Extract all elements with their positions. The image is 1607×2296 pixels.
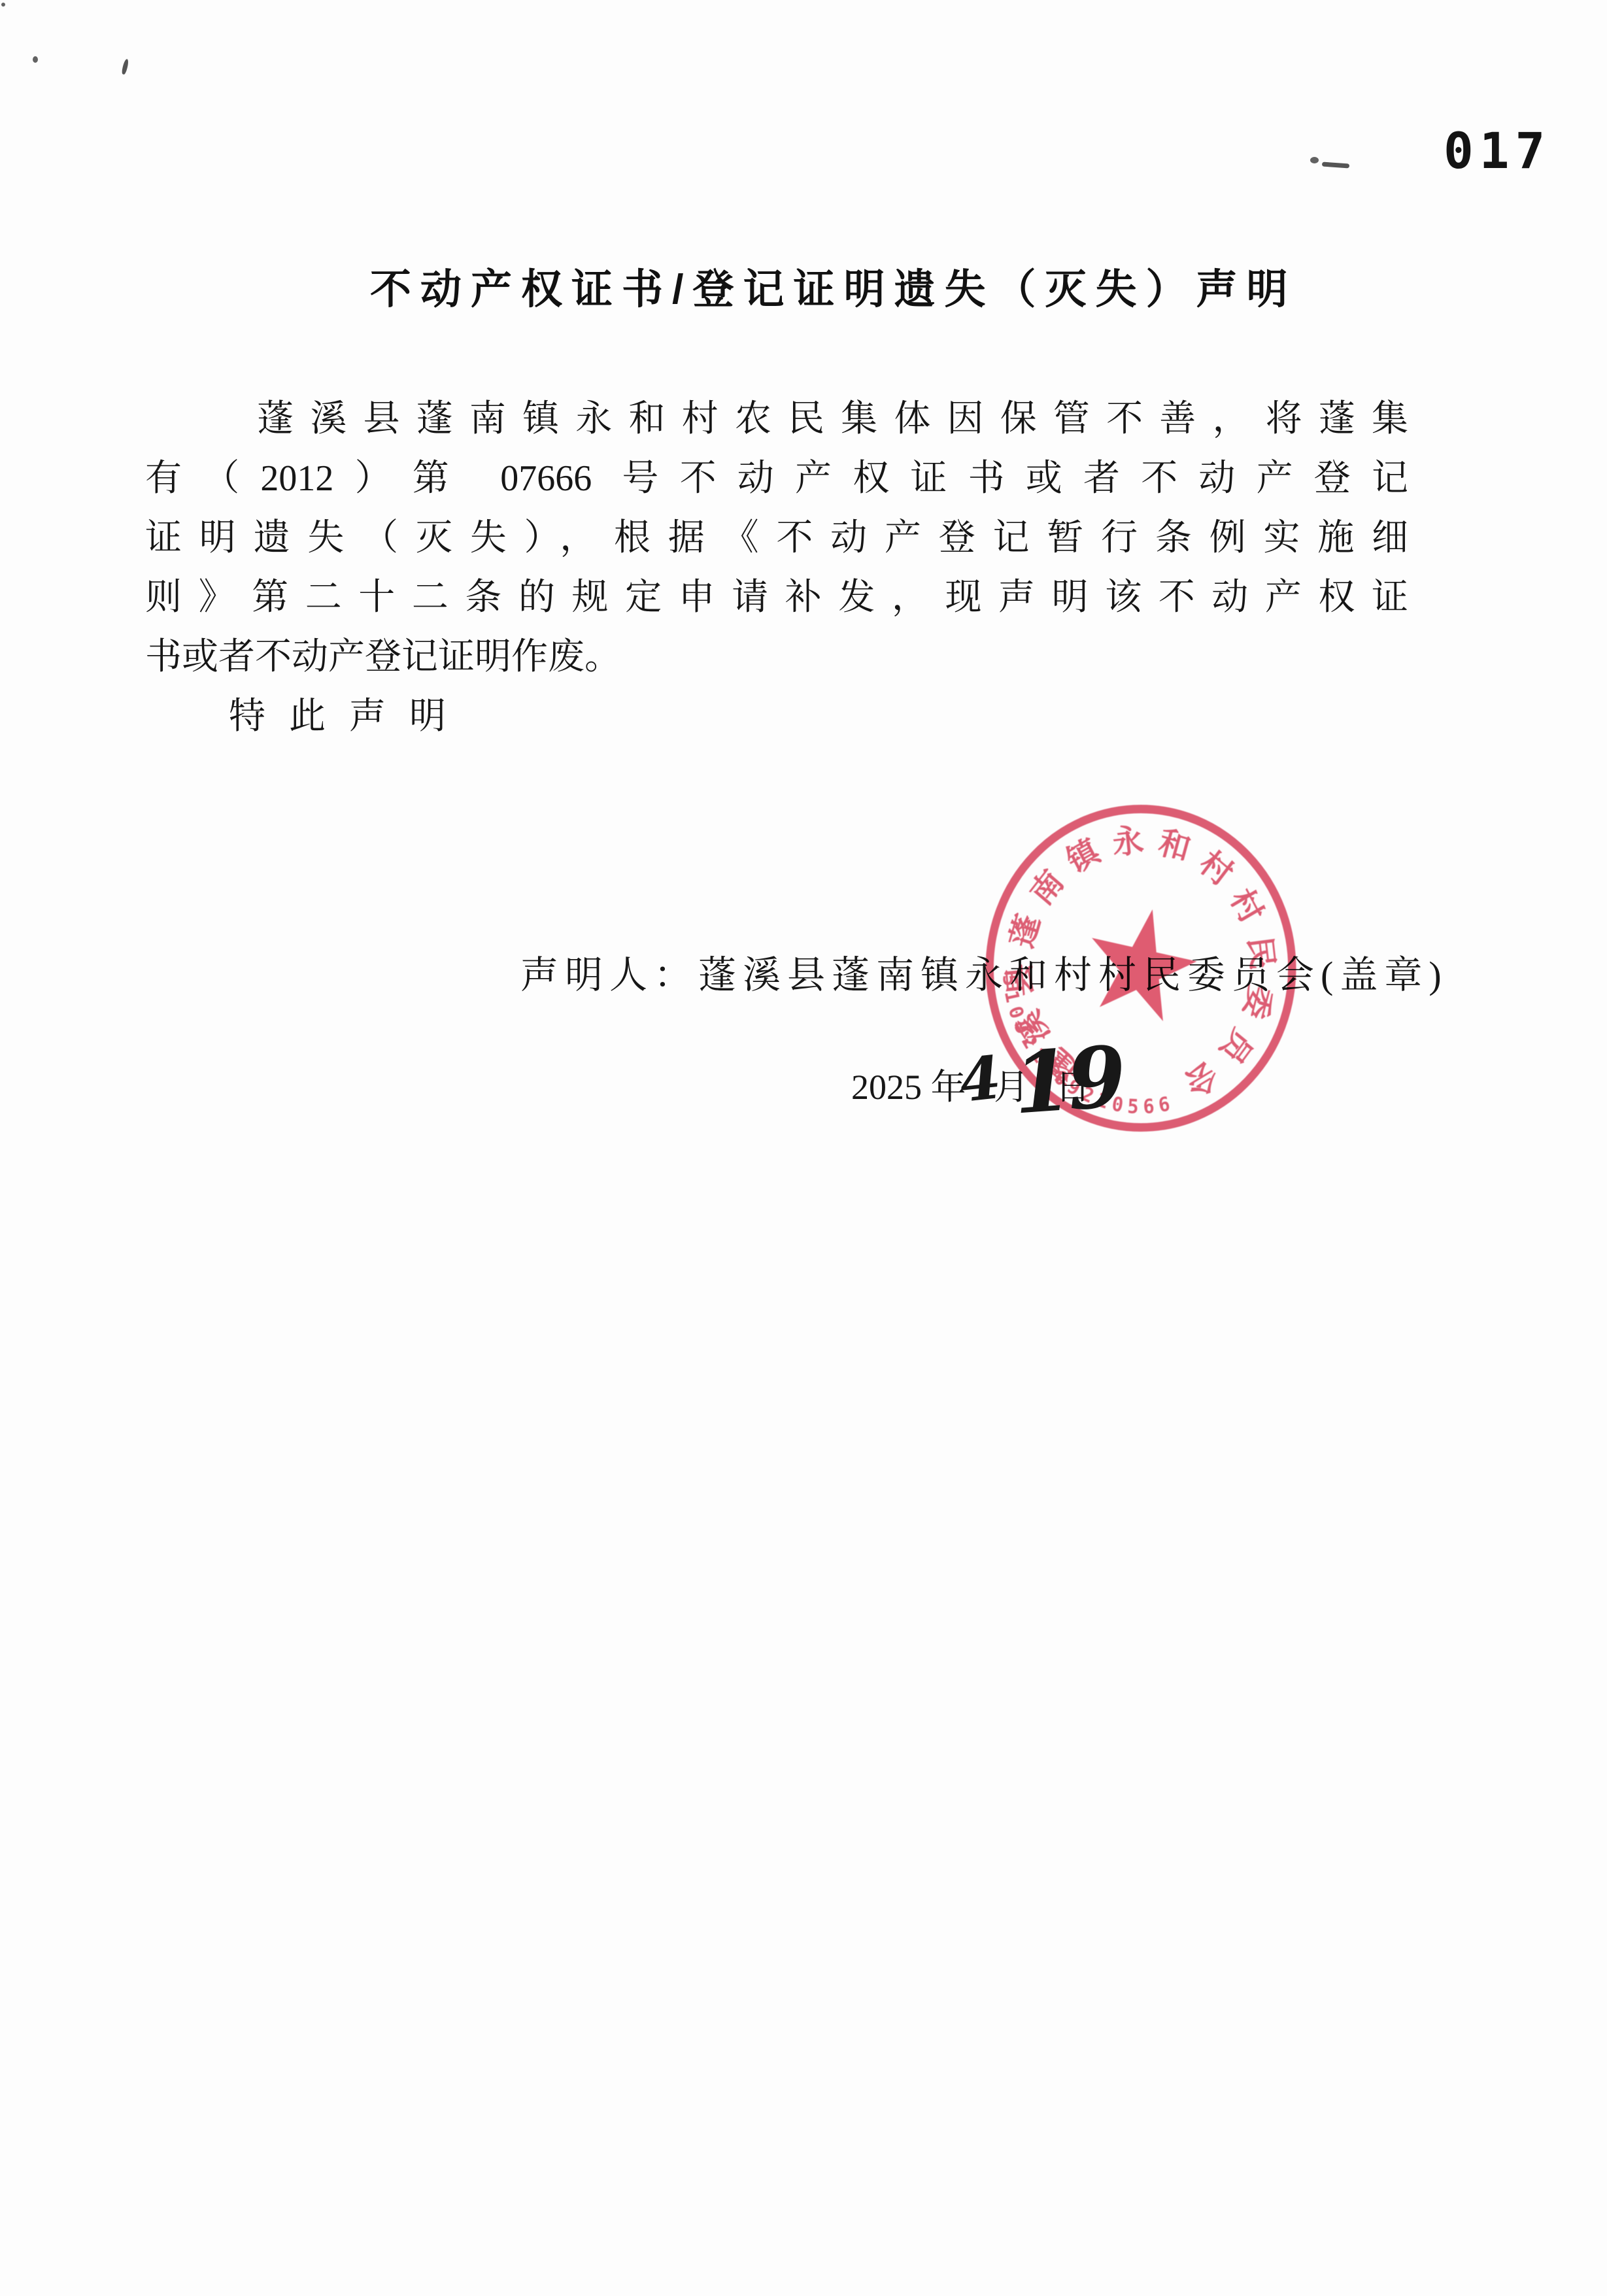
closing-statement: 特此声明 — [145, 687, 1408, 747]
body-line-3: 证明遗失（灭失），根据《不动产登记暂行条例实施细 — [145, 509, 1408, 568]
body-line-5-text: 书或者不动产登记证明作废。 — [145, 637, 621, 677]
paragraph-indent — [145, 430, 241, 431]
page-number: 017 — [1444, 122, 1551, 180]
seal-code-digit: 6 — [1153, 1094, 1175, 1117]
declarant-line: 声明人：蓬溪县蓬南镇永和村村民委员会(盖章) — [520, 944, 1448, 999]
seal-ring-char: 员 — [1214, 1022, 1259, 1070]
document-title: 不动产权证书/登记证明遗失（灭失）声明 — [370, 256, 1297, 316]
seal-ring-char: 镇 — [1061, 833, 1105, 879]
handwritten-month-numeral: 4 — [956, 1043, 1004, 1116]
handwritten-day-numeral: 19 — [1010, 1028, 1125, 1133]
scan-artifact-smudge-dot — [1310, 157, 1319, 163]
seal-ring-char: 南 — [1024, 864, 1070, 911]
seal-ring-char: 永 — [1110, 822, 1145, 860]
scan-artifact-dot — [33, 56, 38, 63]
body-line-1: 蓬溪县蓬南镇永和村农民集体因保管不善，将蓬集 — [145, 390, 1408, 449]
body-line-1-text: 蓬溪县蓬南镇永和村农民集体因保管不善，将蓬集 — [241, 399, 1408, 439]
seal-code-digit: 0 — [1004, 1000, 1027, 1025]
scan-artifact-smudge-dash — [1322, 162, 1349, 169]
seal-ring-char: 村 — [1194, 845, 1239, 892]
scan-artifact-corner — [1, 3, 5, 7]
document-page: 017 不动产权证书/登记证明遗失（灭失）声明 蓬溪县蓬南镇永和村农民集体因保管… — [0, 0, 1607, 2296]
body-line-3-text: 证明遗失（灭失），根据《不动产登记暂行条例实施细 — [145, 518, 1408, 558]
seal-code-digit: 5 — [1123, 1097, 1143, 1118]
body-line-4: 则》第二十二条的规定申请补发，现声明该不动产权证 — [145, 568, 1408, 628]
body-line-5: 书或者不动产登记证明作废。 — [145, 628, 1408, 687]
body-line-2: 有（2012）第 07666 号不动产权证书或者不动产登记 — [145, 449, 1408, 509]
seal-ring-char: 会 — [1179, 1055, 1223, 1102]
scan-artifact-curve — [121, 59, 129, 75]
date-year-printed: 2025 年 — [851, 1059, 966, 1109]
seal-ring-char: 村 — [1225, 883, 1268, 929]
seal-code-digit: 6 — [1139, 1097, 1159, 1118]
body-paragraph: 蓬溪县蓬南镇永和村农民集体因保管不善，将蓬集 有（2012）第 07666 号不… — [145, 390, 1408, 747]
body-line-4-text: 则》第二十二条的规定申请补发，现声明该不动产权证 — [145, 577, 1408, 618]
seal-ring-char: 和 — [1155, 825, 1194, 867]
body-line-2-text: 有（2012）第 07666 号不动产权证书或者不动产登记 — [145, 458, 1408, 499]
